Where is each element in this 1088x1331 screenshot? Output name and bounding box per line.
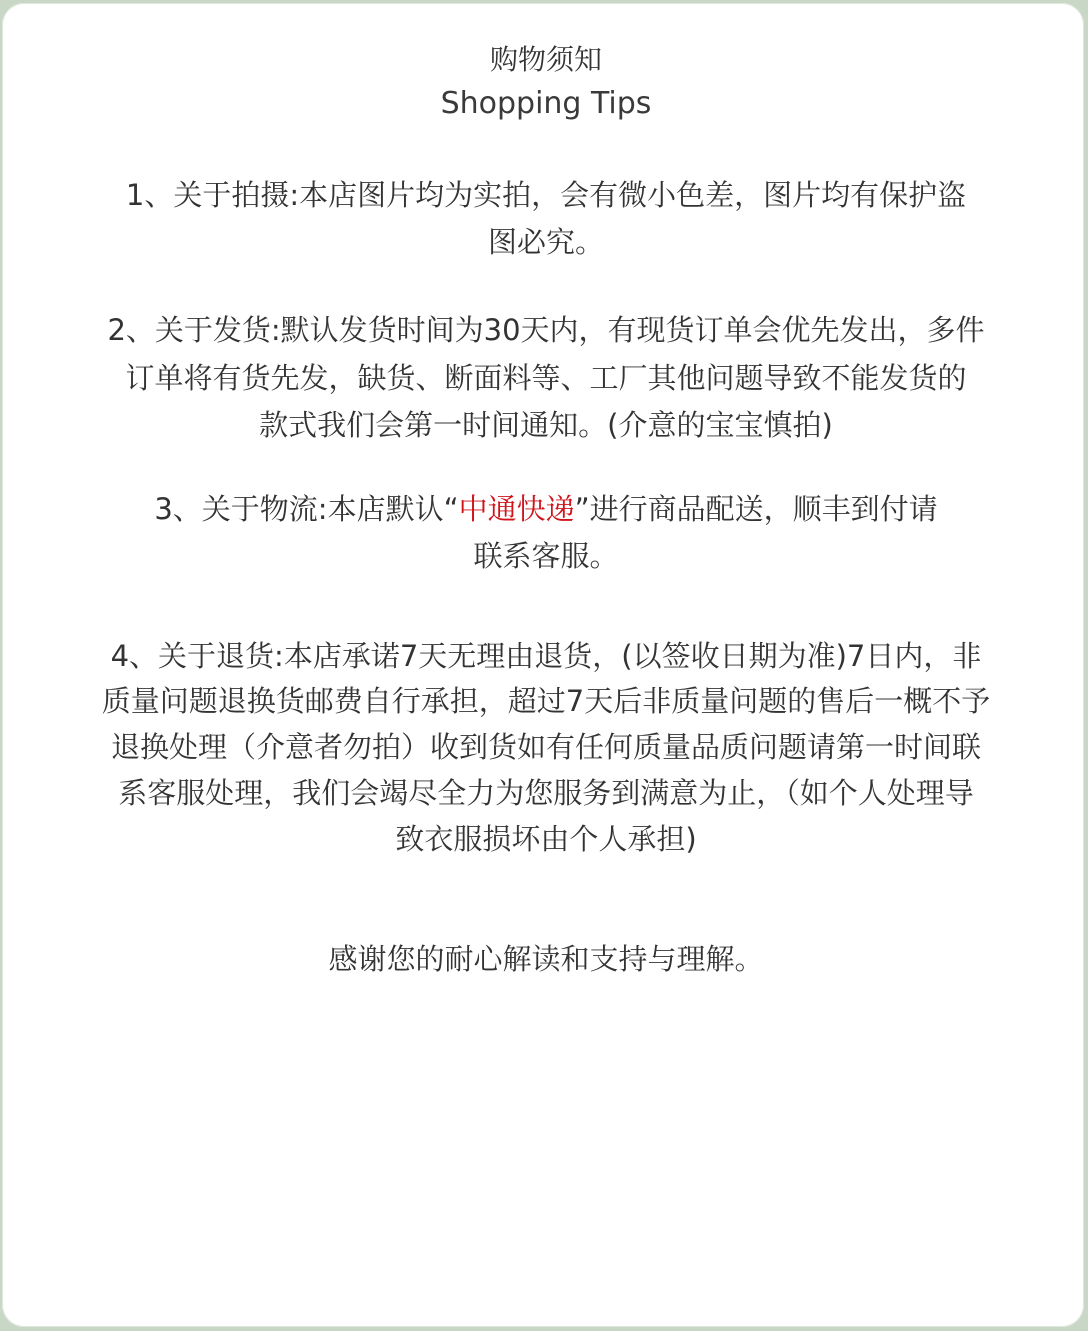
tip-line: 质量问题退换货邮费自行承担，超过7天后非质量问题的售后一概不予 xyxy=(2,681,1088,721)
tip-line: 订单将有货先发，缺货、断面料等、工厂其他问题导致不能发货的 xyxy=(2,358,1088,398)
tip-line: 款式我们会第一时间通知。(介意的宝宝慎拍) xyxy=(2,405,1088,445)
tip-line: 4、关于退货:本店承诺7天无理由退货，(以签收日期为准)7日内，非 xyxy=(2,636,1088,676)
thanks-message: 感谢您的耐心解读和支持与理解。 xyxy=(2,939,1088,979)
tip-line: 致衣服损坏由个人承担) xyxy=(2,819,1088,859)
tip-text: ”进行商品配送，顺丰到付请 xyxy=(575,492,938,526)
tip-text: 3、关于物流:本店默认“ xyxy=(154,492,458,526)
tip-line: 系客服处理，我们会竭尽全力为您服务到满意为止，（如个人处理导 xyxy=(2,773,1088,813)
shopping-tips-card: 购物须知 Shopping Tips 1、关于拍摄:本店图片均为实拍，会有微小色… xyxy=(2,3,1084,1327)
courier-highlight: 中通快递 xyxy=(459,492,575,526)
title-chinese: 购物须知 xyxy=(2,40,1088,80)
tip-line: 联系客服。 xyxy=(2,536,1088,576)
title-english: Shopping Tips xyxy=(2,84,1088,124)
tip-line: 图必究。 xyxy=(2,222,1088,262)
tip-line: 3、关于物流:本店默认“中通快递”进行商品配送，顺丰到付请 xyxy=(2,489,1088,529)
tip-line: 1、关于拍摄:本店图片均为实拍，会有微小色差，图片均有保护盗 xyxy=(2,175,1088,215)
tip-line: 2、关于发货:默认发货时间为30天内，有现货订单会优先发出，多件 xyxy=(2,310,1088,350)
tip-line: 退换处理（介意者勿拍）收到货如有任何质量品质问题请第一时间联 xyxy=(2,727,1088,767)
